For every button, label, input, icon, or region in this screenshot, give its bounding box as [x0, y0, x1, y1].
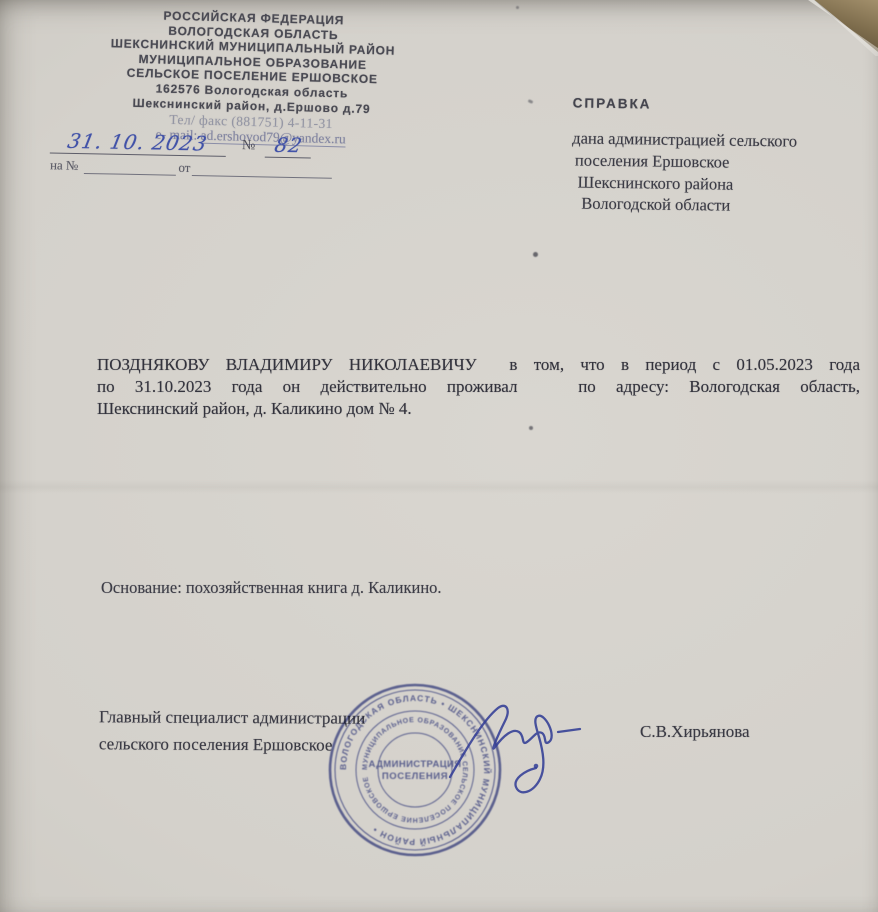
body-line: Шекснинский район, д. Каликино дом № 4.	[97, 398, 860, 420]
date-underline: 31. 10. 2023	[50, 129, 226, 156]
ot-label: от	[178, 160, 190, 175]
signature-ink-dot	[534, 764, 539, 769]
signature-stroke	[450, 706, 552, 792]
date-number-row: 31. 10. 2023№82	[50, 129, 312, 158]
body-line: по 31.10.2023 года он действительно прож…	[97, 376, 860, 398]
body-line: ПОЗДНЯКОВУ ВЛАДИМИРУ НИКОЛАЕВИЧУ в том, …	[97, 354, 860, 376]
title-block: СПРАВКА дана администрацией сельского по…	[571, 95, 798, 217]
ink-speck	[528, 99, 534, 104]
number-sign: №	[242, 138, 256, 153]
ink-speck	[533, 252, 538, 257]
handwritten-number: 82	[272, 134, 304, 156]
certificate-body: ПОЗДНЯКОВУ ВЛАДИМИРУ НИКОЛАЕВИЧУ в том, …	[97, 354, 860, 420]
signature-dash	[558, 729, 580, 732]
issued-by-block: дана администрацией сельского поселения …	[571, 127, 797, 217]
basis-line: Основание: похозяйственная книга д. Кали…	[101, 578, 442, 598]
pen-signature	[420, 655, 620, 805]
handwritten-date: 31. 10. 2023	[66, 130, 210, 155]
document-title: СПРАВКА	[573, 95, 798, 113]
reply-reference-row: на №от	[50, 157, 333, 178]
issued-by-line: дана администрацией сельского	[572, 127, 797, 152]
blank-line	[84, 160, 176, 176]
number-underline: 82	[265, 134, 311, 159]
paper-crease	[0, 480, 878, 494]
blank-line	[192, 162, 332, 179]
issued-by-line: Вологодской области	[571, 193, 796, 218]
document-photo: РОССИЙСКАЯ ФЕДЕРАЦИЯ ВОЛОГОДСКАЯ ОБЛАСТЬ…	[0, 0, 878, 912]
signer-name: С.В.Хирьянова	[640, 722, 750, 742]
ink-speck	[529, 426, 533, 430]
ink-speck	[516, 6, 519, 9]
issued-by-line: Шекснинского района	[571, 171, 796, 196]
issued-by-line: поселения Ершовское	[572, 149, 797, 174]
na-no-label: на №	[50, 157, 79, 173]
